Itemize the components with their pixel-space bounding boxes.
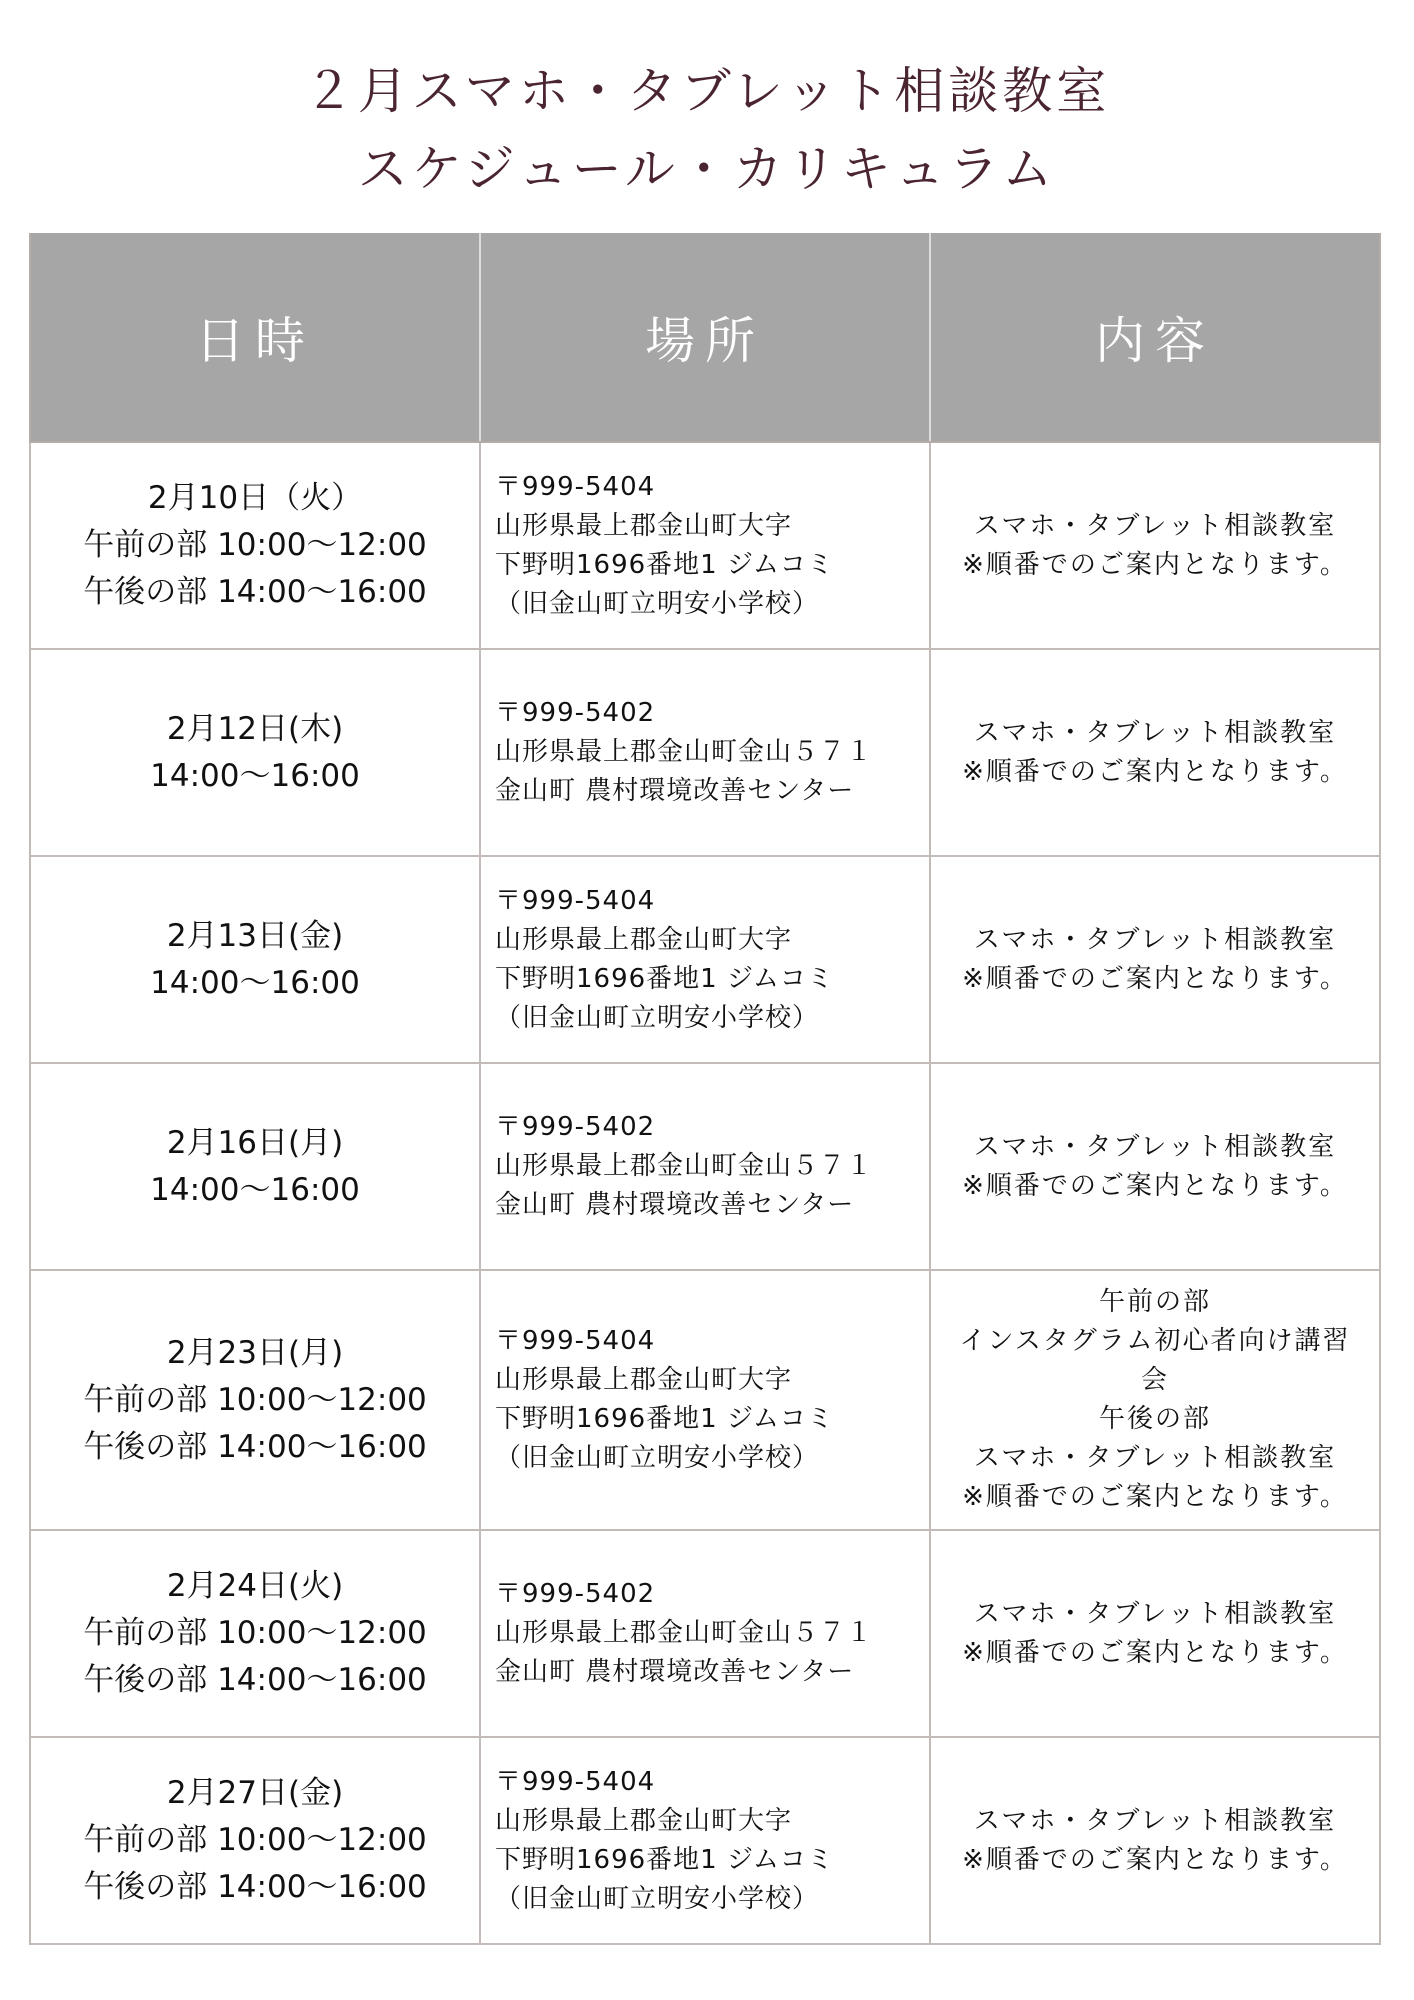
- content-cell: スマホ・タブレット相談教室 ※順番でのご案内となります。: [930, 1530, 1380, 1737]
- table-row: 2月27日(金) 午前の部 10:00〜12:00 午後の部 14:00〜16:…: [30, 1737, 1380, 1944]
- content-note: ※順番でのご案内となります。: [931, 1167, 1379, 1206]
- address-line: 下野明1696番地1 ジムコミ: [495, 1841, 929, 1880]
- date-cell: 2月16日(月) 14:00〜16:00: [30, 1063, 480, 1270]
- address-line: 山形県最上郡金山町金山５７１: [495, 733, 929, 772]
- header-place: 場所: [480, 233, 930, 442]
- session-label: 午前の部: [931, 1283, 1379, 1322]
- time-text: 午前の部 10:00〜12:00: [31, 522, 479, 569]
- address-line: （旧金山町立明安小学校）: [495, 585, 929, 624]
- address-line: 下野明1696番地1 ジムコミ: [495, 960, 929, 999]
- address-line: 金山町 農村環境改善センター: [495, 1653, 929, 1692]
- title-line-1: ２月スマホ・タブレット相談教室: [0, 52, 1414, 130]
- time-text: 午前の部 10:00〜12:00: [31, 1610, 479, 1657]
- content-note: ※順番でのご案内となります。: [931, 753, 1379, 792]
- content-text: スマホ・タブレット相談教室: [931, 507, 1379, 546]
- time-text: 14:00〜16:00: [31, 1167, 479, 1214]
- table-row: 2月16日(月) 14:00〜16:00 〒999-5402 山形県最上郡金山町…: [30, 1063, 1380, 1270]
- address-line: 金山町 農村環境改善センター: [495, 772, 929, 811]
- address-line: （旧金山町立明安小学校）: [495, 1880, 929, 1919]
- date-text: 2月12日(木): [31, 706, 479, 753]
- postal-code: 〒999-5402: [495, 1108, 929, 1147]
- time-text: 午前の部 10:00〜12:00: [31, 1377, 479, 1424]
- header-datetime: 日時: [30, 233, 480, 442]
- content-note: ※順番でのご案内となります。: [931, 960, 1379, 999]
- content-text: スマホ・タブレット相談教室: [931, 1595, 1379, 1634]
- content-note: ※順番でのご案内となります。: [931, 1634, 1379, 1673]
- time-text: 午後の部 14:00〜16:00: [31, 569, 479, 616]
- table-row: 2月13日(金) 14:00〜16:00 〒999-5404 山形県最上郡金山町…: [30, 856, 1380, 1063]
- time-text: 午後の部 14:00〜16:00: [31, 1424, 479, 1471]
- date-text: 2月27日(金): [31, 1770, 479, 1817]
- place-cell: 〒999-5404 山形県最上郡金山町大字 下野明1696番地1 ジムコミ （旧…: [480, 856, 930, 1063]
- date-cell: 2月10日（火） 午前の部 10:00〜12:00 午後の部 14:00〜16:…: [30, 442, 480, 649]
- table-row: 2月10日（火） 午前の部 10:00〜12:00 午後の部 14:00〜16:…: [30, 442, 1380, 649]
- title-line-2: スケジュール・カリキュラム: [0, 130, 1414, 208]
- postal-code: 〒999-5402: [495, 1575, 929, 1614]
- content-text: スマホ・タブレット相談教室: [931, 714, 1379, 753]
- time-text: 14:00〜16:00: [31, 753, 479, 800]
- place-cell: 〒999-5404 山形県最上郡金山町大字 下野明1696番地1 ジムコミ （旧…: [480, 1737, 930, 1944]
- place-cell: 〒999-5404 山形県最上郡金山町大字 下野明1696番地1 ジムコミ （旧…: [480, 442, 930, 649]
- postal-code: 〒999-5404: [495, 468, 929, 507]
- postal-code: 〒999-5404: [495, 882, 929, 921]
- content-text: 会: [931, 1361, 1379, 1400]
- address-line: 山形県最上郡金山町金山５７１: [495, 1147, 929, 1186]
- schedule-table: 日時 場所 内容 2月10日（火） 午前の部 10:00〜12:00 午後の部 …: [29, 233, 1381, 1945]
- content-text: スマホ・タブレット相談教室: [931, 1802, 1379, 1841]
- table-row: 2月23日(月) 午前の部 10:00〜12:00 午後の部 14:00〜16:…: [30, 1270, 1380, 1530]
- session-label: 午後の部: [931, 1400, 1379, 1439]
- date-cell: 2月12日(木) 14:00〜16:00: [30, 649, 480, 856]
- address-line: 山形県最上郡金山町大字: [495, 507, 929, 546]
- place-cell: 〒999-5402 山形県最上郡金山町金山５７１ 金山町 農村環境改善センター: [480, 1530, 930, 1737]
- date-text: 2月10日（火）: [31, 475, 479, 522]
- address-line: （旧金山町立明安小学校）: [495, 1439, 929, 1478]
- date-text: 2月16日(月): [31, 1120, 479, 1167]
- content-cell: スマホ・タブレット相談教室 ※順番でのご案内となります。: [930, 649, 1380, 856]
- header-content: 内容: [930, 233, 1380, 442]
- address-line: 山形県最上郡金山町大字: [495, 1361, 929, 1400]
- content-note: ※順番でのご案内となります。: [931, 1478, 1379, 1517]
- time-text: 午後の部 14:00〜16:00: [31, 1864, 479, 1911]
- content-text: スマホ・タブレット相談教室: [931, 1128, 1379, 1167]
- address-line: 下野明1696番地1 ジムコミ: [495, 546, 929, 585]
- time-text: 14:00〜16:00: [31, 960, 479, 1007]
- date-text: 2月23日(月): [31, 1330, 479, 1377]
- date-cell: 2月24日(火) 午前の部 10:00〜12:00 午後の部 14:00〜16:…: [30, 1530, 480, 1737]
- time-text: 午後の部 14:00〜16:00: [31, 1657, 479, 1704]
- content-cell: スマホ・タブレット相談教室 ※順番でのご案内となります。: [930, 1063, 1380, 1270]
- place-cell: 〒999-5402 山形県最上郡金山町金山５７１ 金山町 農村環境改善センター: [480, 649, 930, 856]
- content-text: スマホ・タブレット相談教室: [931, 1439, 1379, 1478]
- content-cell: スマホ・タブレット相談教室 ※順番でのご案内となります。: [930, 1737, 1380, 1944]
- content-cell: スマホ・タブレット相談教室 ※順番でのご案内となります。: [930, 856, 1380, 1063]
- address-line: （旧金山町立明安小学校）: [495, 999, 929, 1038]
- content-cell: 午前の部 インスタグラム初心者向け講習 会 午後の部 スマホ・タブレット相談教室…: [930, 1270, 1380, 1530]
- address-line: 山形県最上郡金山町金山５７１: [495, 1614, 929, 1653]
- place-cell: 〒999-5402 山形県最上郡金山町金山５７１ 金山町 農村環境改善センター: [480, 1063, 930, 1270]
- date-text: 2月13日(金): [31, 913, 479, 960]
- date-cell: 2月27日(金) 午前の部 10:00〜12:00 午後の部 14:00〜16:…: [30, 1737, 480, 1944]
- date-cell: 2月13日(金) 14:00〜16:00: [30, 856, 480, 1063]
- address-line: 山形県最上郡金山町大字: [495, 921, 929, 960]
- table-header-row: 日時 場所 内容: [30, 233, 1380, 442]
- postal-code: 〒999-5404: [495, 1763, 929, 1802]
- content-cell: スマホ・タブレット相談教室 ※順番でのご案内となります。: [930, 442, 1380, 649]
- page-title: ２月スマホ・タブレット相談教室 スケジュール・カリキュラム: [0, 52, 1414, 208]
- time-text: 午前の部 10:00〜12:00: [31, 1817, 479, 1864]
- address-line: 下野明1696番地1 ジムコミ: [495, 1400, 929, 1439]
- address-line: 金山町 農村環境改善センター: [495, 1186, 929, 1225]
- table-row: 2月24日(火) 午前の部 10:00〜12:00 午後の部 14:00〜16:…: [30, 1530, 1380, 1737]
- place-cell: 〒999-5404 山形県最上郡金山町大字 下野明1696番地1 ジムコミ （旧…: [480, 1270, 930, 1530]
- content-note: ※順番でのご案内となります。: [931, 1841, 1379, 1880]
- table-row: 2月12日(木) 14:00〜16:00 〒999-5402 山形県最上郡金山町…: [30, 649, 1380, 856]
- postal-code: 〒999-5404: [495, 1322, 929, 1361]
- postal-code: 〒999-5402: [495, 694, 929, 733]
- content-text: インスタグラム初心者向け講習: [931, 1322, 1379, 1361]
- content-note: ※順番でのご案内となります。: [931, 546, 1379, 585]
- address-line: 山形県最上郡金山町大字: [495, 1802, 929, 1841]
- date-cell: 2月23日(月) 午前の部 10:00〜12:00 午後の部 14:00〜16:…: [30, 1270, 480, 1530]
- date-text: 2月24日(火): [31, 1563, 479, 1610]
- content-text: スマホ・タブレット相談教室: [931, 921, 1379, 960]
